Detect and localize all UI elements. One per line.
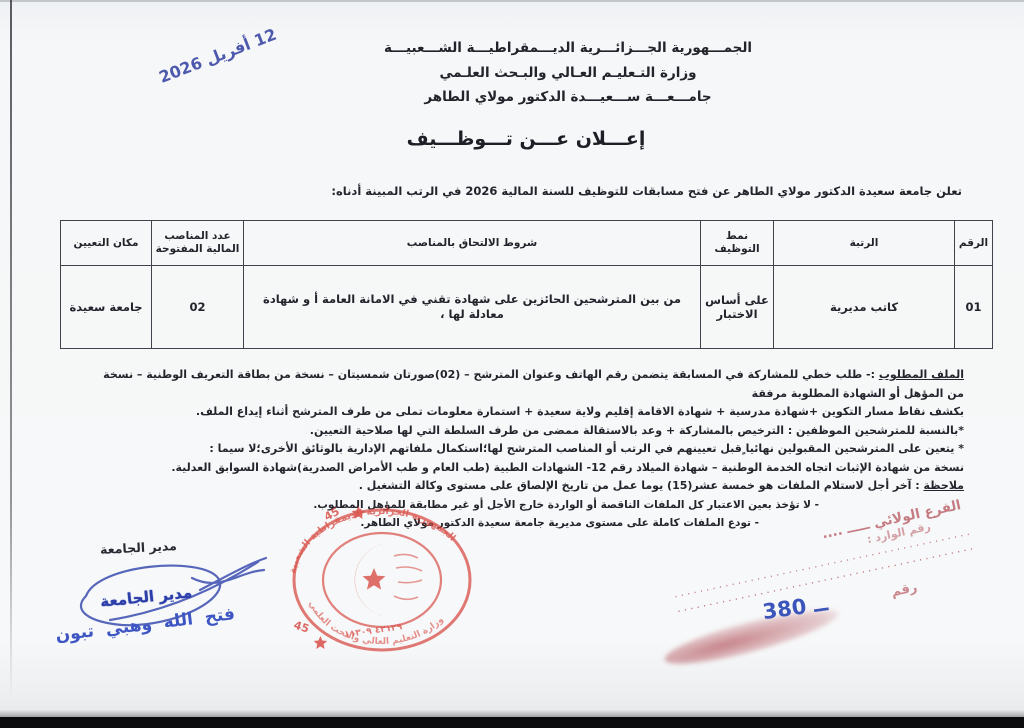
required-file-line1: :- طلب خطي للمشاركة في المسابقة يتضمن رق… [103,368,964,400]
col-assignment-place: مكان التعيين [61,221,152,266]
note-label: ملاحظة [924,479,964,492]
cell-number: 01 [955,266,993,349]
cell-rank: كاتب مديرية [774,266,955,349]
col-conditions: شروط الالتحاق بالمناصب [244,221,701,266]
note-paragraph: ملاحظة : آخر أجل لاستلام الملفات هو خمسة… [88,477,964,496]
university-round-stamp-icon: الجمهورية الجزائرية الديمقراطية الشعبية … [276,498,488,660]
scan-edge-top [0,0,1024,2]
document-page: 12 أفريل 2026 الجمـــهورية الجـــزائـــر… [0,0,1024,728]
table-header-row: الرقم الرتبة نمط التوظيف شروط الالتحاق ب… [61,221,993,266]
date-stamp: 12 أفريل 2026 [95,25,279,111]
intro-sentence: تعلن جامعة سعيدة الدكتور مولاي الطاهر عن… [60,184,962,198]
star-icon [363,568,386,590]
svg-text:الجمهورية الجزائرية الديمقراطي: الجمهورية الجزائرية الديمقراطية الشعبية [287,506,457,575]
jobs-table: الرقم الرتبة نمط التوظيف شروط الالتحاق ب… [60,220,993,349]
note-text: : آخر أجل لاستلام الملفات هو خمسة عشر(15… [359,479,924,492]
employed-candidates-note: *بالنسبة للمترشحين الموظفين : الترخيص با… [88,422,964,441]
registry-number-label: رقم [890,580,919,600]
col-number: الرقم [955,221,993,266]
cell-open-positions: 02 [152,266,244,349]
star-icon [314,636,328,649]
ministry-line: وزارة التـعليـم العـالي والبـحث العلـمي [312,61,824,86]
stamp-mark-45-bottom: 45 [292,618,311,635]
accepted-candidates-note: * يتعين على المترشحين المقبولين نهائيا ٍ… [88,440,964,459]
additional-documents-line: نسخة من شهادة الإثبات اتجاه الخدمة الوطن… [88,459,964,478]
requirements-section: الملف المطلوب :- طلب خطي للمشاركة في الم… [88,366,964,533]
republic-line: الجمـــهورية الجـــزائـــرية الديـــمقرا… [312,36,824,61]
stamp-arc-top-text: الجمهورية الجزائرية الديمقراطية الشعبية [287,506,457,575]
university-line: جامـــعـــة ســـعيـــدة الدكتور مولاي ال… [312,85,824,110]
cell-conditions: من بين المترشحين الحائزين على شهادة تقني… [244,266,701,349]
required-file-line2: بكشف نقاط مسار التكوين +شهادة مدرسية + ش… [88,403,964,422]
note-item-1: - لا تؤخذ بعين الاعتبار كل الملفات الناق… [88,496,964,515]
scan-edge-left [10,0,12,700]
col-recruitment-mode: نمط التوظيف [701,221,774,266]
scan-edge-bottom [0,717,1024,728]
table-row: 01 كاتب مديرية على أساس الاختبار من بين … [61,266,993,349]
page-title: إعـــلان عـــن تـــوظـــيف [330,128,722,150]
col-rank: الرتبة [774,221,955,266]
letterhead: الجمـــهورية الجـــزائـــرية الديـــمقرا… [312,36,824,110]
cell-recruitment-mode: على أساس الاختبار [701,266,774,349]
required-file-label: الملف المطلوب [879,368,964,381]
required-file-paragraph: الملف المطلوب :- طلب خطي للمشاركة في الم… [88,366,964,403]
cell-assignment-place: جامعة سعيدة [61,266,152,349]
col-open-positions: عدد المناصب المالية المفتوحة [152,221,244,266]
